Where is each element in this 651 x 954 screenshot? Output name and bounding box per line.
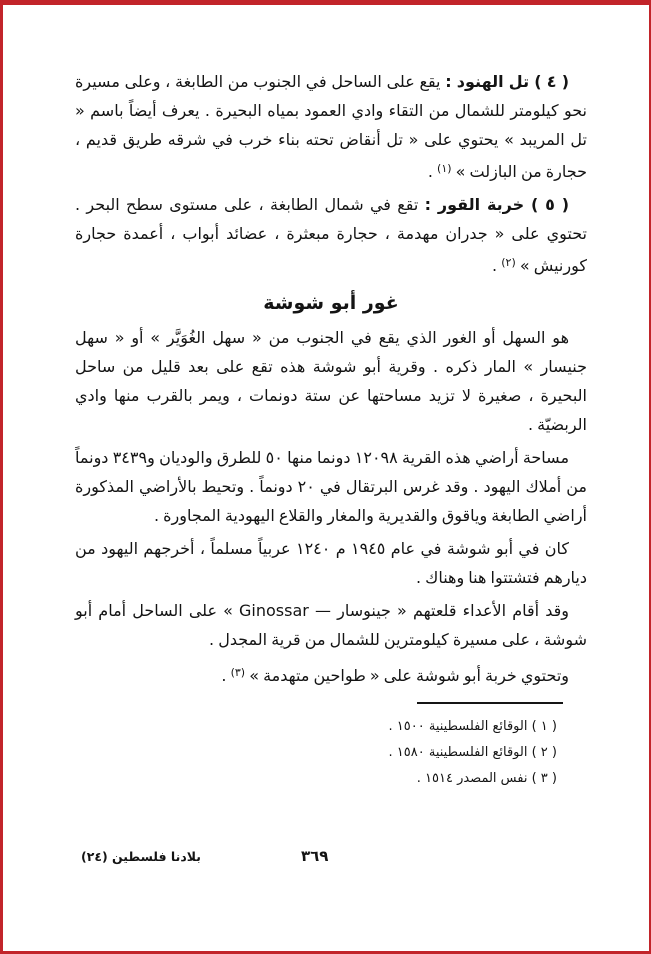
entry-title: ( ٥ ) خربة القور : xyxy=(425,195,569,214)
book-page: ( ٤ ) تل الهنود : يقع على الساحل في الجن… xyxy=(0,0,651,954)
section-paragraph-4: وقد أقام الأعداء قلعتهم « جينوسار — Gino… xyxy=(75,596,587,654)
section-paragraph-2: مساحة أراضي هذه القرية ١٢٠٩٨ دونما منها … xyxy=(75,443,587,530)
page-number: ٣٦٩ xyxy=(301,847,328,865)
page-content: ( ٤ ) تل الهنود : يقع على الساحل في الجن… xyxy=(75,67,587,792)
entry-period: . xyxy=(492,256,497,275)
section-paragraph-1: هو السهل أو الغور الذي يقع في الجنوب من … xyxy=(75,323,587,439)
section-closing-line: وتحتوي خربة أبو شوشة على « طواحين متهدمة… xyxy=(75,658,587,690)
footnote-ref-3: (٣) xyxy=(231,666,246,679)
footnote-3: ( ٣ ) نفس المصدر ١٥١٤ . xyxy=(75,766,557,792)
entry-khirbet-alqour: ( ٥ ) خربة القور : تقع في شمال الطابغة ،… xyxy=(75,190,587,280)
entry-period: . xyxy=(428,162,433,181)
footnote-2: ( ٢ ) الوقائع الفلسطينية ١٥٨٠ . xyxy=(75,740,557,766)
footnote-ref-1: (١) xyxy=(437,162,452,175)
footnote-1: ( ١ ) الوقائع الفلسطينية ١٥٠٠ . xyxy=(75,714,557,740)
section-paragraph-3: كان في أبو شوشة في عام ١٩٤٥ م ١٢٤٠ عربيا… xyxy=(75,534,587,592)
closing-period: . xyxy=(221,666,226,685)
page-footer: بلادنا فلسطين (٢٤) ٣٦٩ xyxy=(3,847,649,869)
footnotes-block: ( ١ ) الوقائع الفلسطينية ١٥٠٠ . ( ٢ ) ال… xyxy=(75,714,557,792)
closing-text: وتحتوي خربة أبو شوشة على « طواحين متهدمة… xyxy=(249,666,569,685)
entry-title: ( ٤ ) تل الهنود : xyxy=(445,72,569,91)
footnote-separator xyxy=(417,702,563,704)
section-heading: غور أبو شوشة xyxy=(75,292,587,314)
footnote-ref-2: (٢) xyxy=(501,256,516,269)
entry-tell-alhunud: ( ٤ ) تل الهنود : يقع على الساحل في الجن… xyxy=(75,67,587,186)
book-signature: بلادنا فلسطين (٢٤) xyxy=(81,849,201,864)
